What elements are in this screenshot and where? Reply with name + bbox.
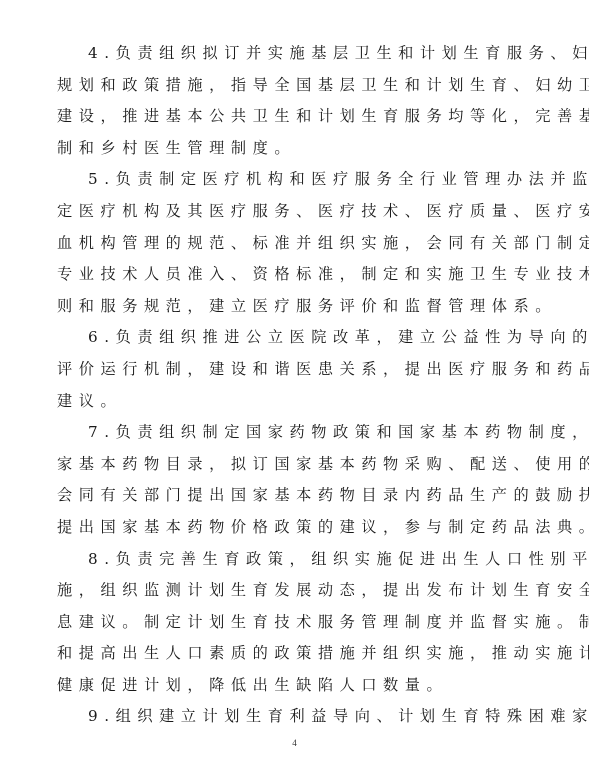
paragraph-line: 5.负责制定医疗机构和医疗服务全行业管理办法并监督实施。制 bbox=[57, 164, 538, 196]
paragraph-line: 会同有关部门提出国家基本药物目录内药品生产的鼓励扶持政策建议， bbox=[57, 480, 538, 512]
paragraph-line: 专业技术人员准入、资格标准，制定和实施卫生专业技术人员执业规 bbox=[57, 259, 538, 291]
page-number: 4 bbox=[0, 738, 589, 748]
paragraph-item-8: 8.负责完善生育政策，组织实施促进出生人口性别平衡的政策措 施，组织监测计划生育… bbox=[57, 544, 538, 702]
paragraph-line: 施，组织监测计划生育发展动态，提出发布计划生育安全预警预报信 bbox=[57, 575, 538, 607]
paragraph-line: 建设，推进基本公共卫生和计划生育服务均等化，完善基层运行新机 bbox=[57, 101, 538, 133]
paragraph-line: 6.负责组织推进公立医院改革，建立公益性为导向的绩效考核和 bbox=[57, 322, 538, 354]
paragraph-line: 家基本药物目录，拟订国家基本药物采购、配送、使用的管理制度， bbox=[57, 449, 538, 481]
paragraph-line: 9.组织建立计划生育利益导向、计划生育特殊困难家庭扶助和促 bbox=[57, 701, 538, 733]
paragraph-line: 规划和政策措施，指导全国基层卫生和计划生育、妇幼卫生服务体系 bbox=[57, 70, 538, 102]
paragraph-line: 4.负责组织拟订并实施基层卫生和计划生育服务、妇幼卫生发展 bbox=[57, 38, 538, 70]
document-page: 4.负责组织拟订并实施基层卫生和计划生育服务、妇幼卫生发展 规划和政策措施，指导… bbox=[0, 0, 589, 760]
paragraph-item-7: 7.负责组织制定国家药物政策和国家基本药物制度，组织制定国 家基本药物目录，拟订… bbox=[57, 417, 538, 543]
paragraph-item-4: 4.负责组织拟订并实施基层卫生和计划生育服务、妇幼卫生发展 规划和政策措施，指导… bbox=[57, 38, 538, 164]
paragraph-item-6: 6.负责组织推进公立医院改革，建立公益性为导向的绩效考核和 评价运行机制，建设和… bbox=[57, 322, 538, 417]
paragraph-line: 8.负责完善生育政策，组织实施促进出生人口性别平衡的政策措 bbox=[57, 544, 538, 576]
paragraph-item-5: 5.负责制定医疗机构和医疗服务全行业管理办法并监督实施。制 定医疗机构及其医疗服… bbox=[57, 164, 538, 322]
paragraph-line: 健康促进计划，降低出生缺陷人口数量。 bbox=[57, 670, 538, 702]
paragraph-line: 提出国家基本药物价格政策的建议，参与制定药品法典。 bbox=[57, 512, 538, 544]
paragraph-line: 制和乡村医生管理制度。 bbox=[57, 133, 538, 165]
paragraph-item-9: 9.组织建立计划生育利益导向、计划生育特殊困难家庭扶助和促 bbox=[57, 701, 538, 733]
paragraph-line: 7.负责组织制定国家药物政策和国家基本药物制度，组织制定国 bbox=[57, 417, 538, 449]
paragraph-line: 息建议。制定计划生育技术服务管理制度并监督实施。制定优生优育 bbox=[57, 607, 538, 639]
paragraph-line: 和提高出生人口素质的政策措施并组织实施，推动实施计划生育生殖 bbox=[57, 638, 538, 670]
paragraph-line: 建议。 bbox=[57, 386, 538, 418]
paragraph-line: 评价运行机制，建设和谐医患关系，提出医疗服务和药品价格政策的 bbox=[57, 354, 538, 386]
paragraph-line: 血机构管理的规范、标准并组织实施，会同有关部门制定和实施卫生 bbox=[57, 228, 538, 260]
paragraph-line: 定医疗机构及其医疗服务、医疗技术、医疗质量、医疗安全以及采供 bbox=[57, 196, 538, 228]
document-body: 4.负责组织拟订并实施基层卫生和计划生育服务、妇幼卫生发展 规划和政策措施，指导… bbox=[57, 38, 538, 733]
paragraph-line: 则和服务规范，建立医疗服务评价和监督管理体系。 bbox=[57, 291, 538, 323]
